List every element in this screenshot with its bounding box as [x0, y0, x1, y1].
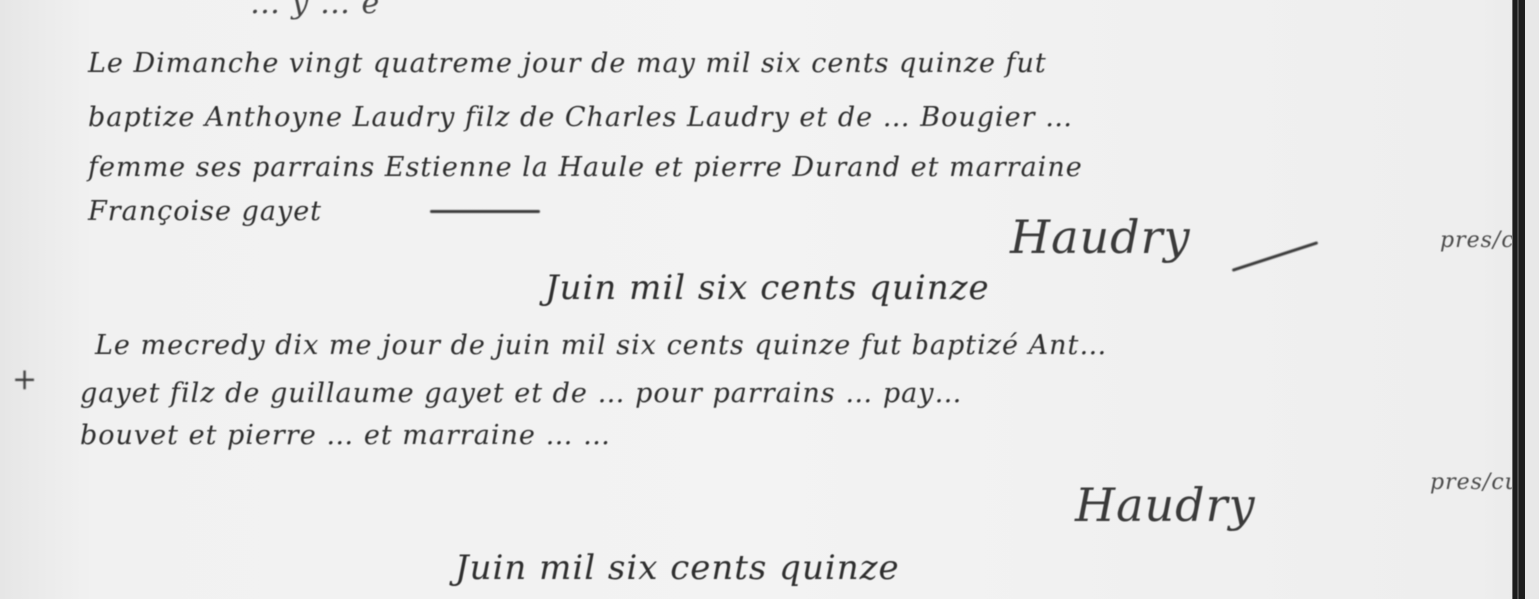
page-border-rule: [1513, 0, 1525, 599]
line-end-flourish: [430, 210, 540, 213]
entry2-heading: Juin mil six cents quinze: [545, 268, 990, 308]
entry2-line1: Le mecredy dix me jour de juin mil six c…: [95, 330, 1107, 361]
entry1-line1: Le Dimanche vingt quatre­me jour de may …: [88, 48, 1047, 79]
top-fragment-text: … y … e: [250, 0, 380, 21]
entry1-line3: femme ses parrains Estienne la Haule et …: [88, 152, 1083, 183]
page-gutter: [1525, 0, 1539, 599]
next-entry-heading: Juin mil six cents quinze: [455, 548, 900, 588]
entry2-line2: gayet filz de guillaume gayet et de … po…: [80, 378, 962, 409]
register-page: … y … e Le Dimanche vingt quatre­me jour…: [0, 0, 1539, 599]
entry1-signature: Haudry: [1010, 210, 1191, 264]
signature-flourish: [1232, 241, 1319, 272]
entry1-line2: baptize Anthoyne Laudry filz de Charles …: [88, 102, 1073, 133]
entry1-line4: Françoise gayet: [88, 196, 322, 227]
entry2-signature: Haudry: [1075, 478, 1256, 532]
entry2-signature-margin: pres/cu: [1430, 470, 1520, 495]
margin-cross-mark: +: [12, 362, 37, 397]
entry2-line3: bouvet et pierre … et marraine … …: [80, 420, 611, 451]
